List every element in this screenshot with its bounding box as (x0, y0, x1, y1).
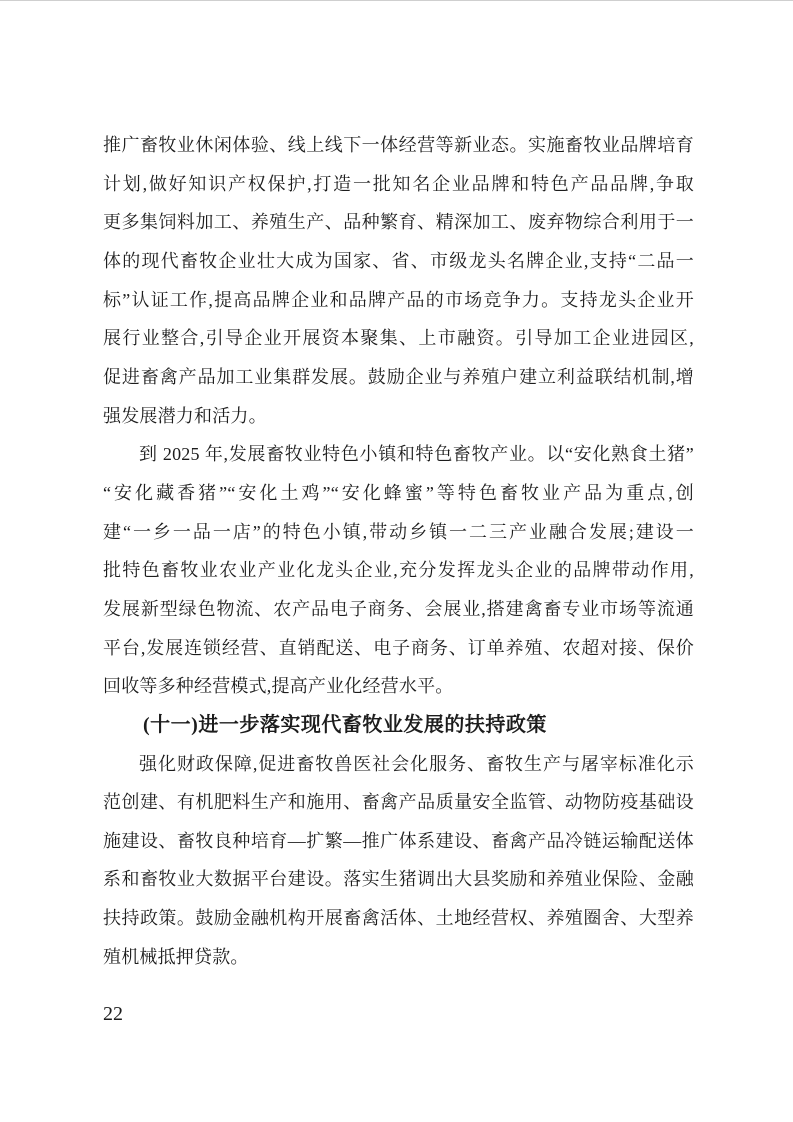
paragraph: 到 2025 年,发展畜牧业特色小镇和特色畜牧产业。以“安化熟食土猪”“安化藏香… (103, 435, 694, 706)
text-line: 强化财政保障,促进畜牧兽医社会化服务、畜牧生产与屠宰标准化示 (103, 745, 694, 784)
text-line: 发展新型绿色物流、农产品电子商务、会展业,搭建禽畜专业市场等流通 (103, 590, 694, 629)
text-line: 到 2025 年,发展畜牧业特色小镇和特色畜牧产业。以“安化熟食土猪” (103, 435, 694, 474)
section-heading: (十一)进一步落实现代畜牧业发展的扶持政策 (103, 706, 694, 745)
text-line: 体的现代畜牧企业壮大成为国家、省、市级龙头名牌企业,支持“二品一 (103, 242, 694, 281)
text-line: 强发展潜力和活力。 (103, 397, 694, 436)
text-line: 范创建、有机肥料生产和施用、畜禽产品质量安全监管、动物防疫基础设 (103, 783, 694, 822)
heading-line: (十一)进一步落实现代畜牧业发展的扶持政策 (103, 706, 694, 745)
text-line: 建“一乡一品一店”的特色小镇,带动乡镇一二三产业融合发展;建设一 (103, 513, 694, 552)
text-line: 展行业整合,引导企业开展资本聚集、上市融资。引导加工企业进园区, (103, 319, 694, 358)
text-line: 施建设、畜牧良种培育—扩繁—推广体系建设、畜禽产品冷链运输配送体 (103, 822, 694, 861)
text-line: 计划,做好知识产权保护,打造一批知名企业品牌和特色产品品牌,争取 (103, 165, 694, 204)
paragraph: 推广畜牧业休闲体验、线上线下一体经营等新业态。实施畜牧业品牌培育计划,做好知识产… (103, 126, 694, 435)
text-line: 回收等多种经营模式,提高产业化经营水平。 (103, 667, 694, 706)
text-line: 批特色畜牧业农业产业化龙头企业,充分发挥龙头企业的品牌带动作用, (103, 551, 694, 590)
page-number: 22 (103, 1002, 123, 1026)
text-line: 系和畜牧业大数据平台建设。落实生猪调出大县奖励和养殖业保险、金融 (103, 860, 694, 899)
paragraph: 强化财政保障,促进畜牧兽医社会化服务、畜牧生产与屠宰标准化示范创建、有机肥料生产… (103, 745, 694, 977)
text-line: 标”认证工作,提高品牌企业和品牌产品的市场竞争力。支持龙头企业开 (103, 281, 694, 320)
text-line: 推广畜牧业休闲体验、线上线下一体经营等新业态。实施畜牧业品牌培育 (103, 126, 694, 165)
text-line: “安化藏香猪”“安化土鸡”“安化蜂蜜”等特色畜牧业产品为重点,创 (103, 474, 694, 513)
text-line: 促进畜禽产品加工业集群发展。鼓励企业与养殖户建立利益联结机制,增 (103, 358, 694, 397)
text-line: 殖机械抵押贷款。 (103, 938, 694, 977)
document-body: 推广畜牧业休闲体验、线上线下一体经营等新业态。实施畜牧业品牌培育计划,做好知识产… (103, 126, 694, 976)
text-line: 扶持政策。鼓励金融机构开展畜禽活体、土地经营权、养殖圈舍、大型养 (103, 899, 694, 938)
text-line: 平台,发展连锁经营、直销配送、电子商务、订单养殖、农超对接、保价 (103, 629, 694, 668)
text-line: 更多集饲料加工、养殖生产、品种繁育、精深加工、废弃物综合利用于一 (103, 203, 694, 242)
document-page: 推广畜牧业休闲体验、线上线下一体经营等新业态。实施畜牧业品牌培育计划,做好知识产… (0, 0, 793, 1122)
